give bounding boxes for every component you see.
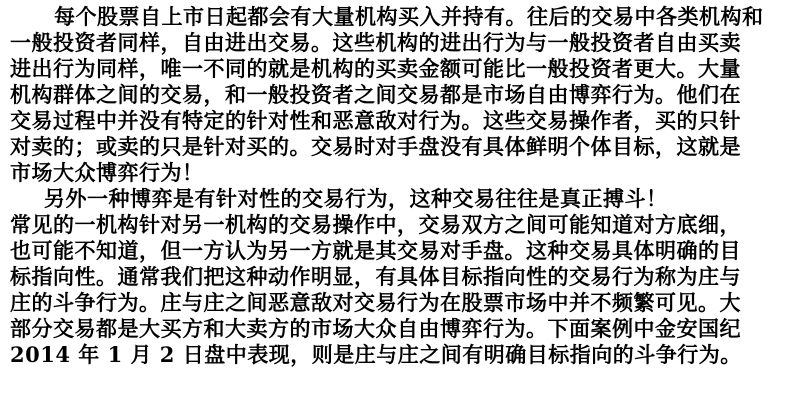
paragraph-1-line-2: 一般投资者同样，自由进出交易。这些机构的进出行为与一般投资者自由买卖 <box>10 30 782 56</box>
paragraph-1-line-3: 进出行为同样，唯一不同的就是机构的买卖金额可能比一般投资者更大。大量 <box>10 56 782 82</box>
paragraph-1-line-4: 机构群体之间的交易，和一般投资者之间交易都是市场自由博弈行为。他们在 <box>10 82 782 108</box>
document-body: 每个股票自上市日起都会有大量机构买入并持有。往后的交易中各类机构和 一般投资者同… <box>10 4 782 368</box>
paragraph-3-line-1: 常见的一机构针对另一机构的交易操作中，交易双方之间可能知道对方底细， <box>10 212 782 238</box>
paragraph-1-line-7: 市场大众博弈行为！ <box>10 160 782 186</box>
paragraph-3-line-6: 2014 年 1 月 2 日盘中表现，则是庄与庄之间有明确目标指向的斗争行为。 <box>10 342 782 368</box>
paragraph-3-line-4: 庄的斗争行为。庄与庄之间恶意敌对交易行为在股票市场中并不频繁可见。大 <box>10 290 782 316</box>
paragraph-2-line-1: 另外一种博弈是有针对性的交易行为，这种交易往往是真正搏斗！ <box>10 186 782 212</box>
paragraph-1-line-5: 交易过程中并没有特定的针对性和恶意敌对行为。这些交易操作者，买的只针 <box>10 108 782 134</box>
paragraph-1-line-6: 对卖的；或卖的只是针对买的。交易时对手盘没有具体鲜明个体目标，这就是 <box>10 134 782 160</box>
paragraph-3-line-5: 部分交易都是大买方和大卖方的市场大众自由博弈行为。下面案例中金安国纪 <box>10 316 782 342</box>
paragraph-3-line-3: 标指向性。通常我们把这种动作明显，有具体目标指向性的交易行为称为庄与 <box>10 264 782 290</box>
paragraph-1-line-1: 每个股票自上市日起都会有大量机构买入并持有。往后的交易中各类机构和 <box>10 4 782 30</box>
paragraph-3-line-2: 也可能不知道，但一方认为另一方就是其交易对手盘。这种交易具体明确的目 <box>10 238 782 264</box>
